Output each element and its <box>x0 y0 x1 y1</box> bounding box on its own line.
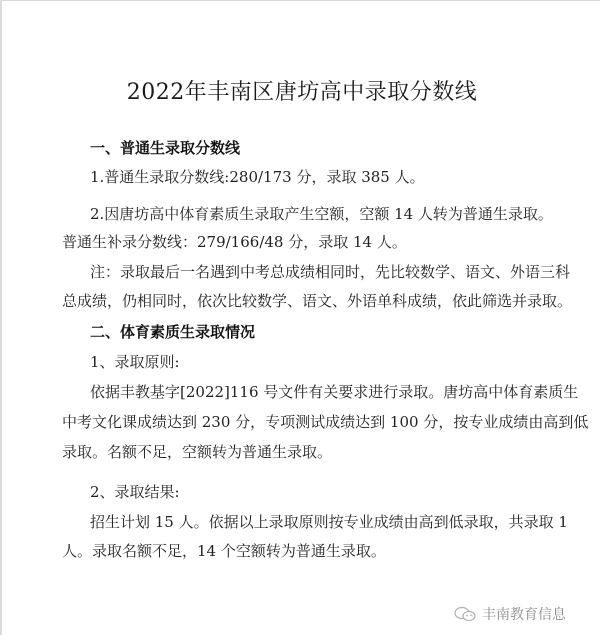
document-page: 2022年丰南区唐坊高中录取分数线 一、普通生录取分数线 1.普通生录取分数线:… <box>0 0 600 635</box>
supplementary-cutoff-line: 普通生补录分数线：279/166/48 分，录取 14 人。 <box>62 232 562 252</box>
watermark-label: 丰南教育信息 <box>482 604 566 624</box>
principle-line1: 依据丰教基字[2022]116 号文件有关要求进行录取。唐坊高中体育素质生 <box>90 382 590 402</box>
document-title: 2022年丰南区唐坊高中录取分数线 <box>2 75 600 106</box>
source-watermark: 丰南教育信息 <box>454 604 566 624</box>
principle-line3: 录取。名额不足，空额转为普通生录取。 <box>62 442 562 462</box>
section-heading-sports-students: 二、体育素质生录取情况 <box>90 322 590 342</box>
result-line1: 招生计划 15 人。依据以上录取原则按专业成绩由高到低录取，共录取 1 <box>90 512 590 532</box>
wechat-icon <box>454 606 476 622</box>
regular-cutoff-line: 1.普通生录取分数线:280/173 分，录取 385 人。 <box>90 167 590 187</box>
admission-result-label: 2、录取结果: <box>90 482 590 502</box>
result-line2: 人。录取名额不足，14 个空额转为普通生录取。 <box>62 541 562 561</box>
tie-break-note-line1: 注：录取最后一名遇到中考总成绩相同时，先比较数学、语文、外语三科 <box>90 262 590 282</box>
principle-line2: 中考文化课成绩达到 230 分，专项测试成绩达到 100 分，按专业成绩由高到低 <box>62 412 562 432</box>
tie-break-note-line2: 总成绩，仍相同时，依次比较数学、语文、外语单科成绩，依此筛选并录取。 <box>62 291 562 311</box>
section-heading-regular-students: 一、普通生录取分数线 <box>90 138 590 158</box>
admission-principle-label: 1、录取原则: <box>90 352 590 372</box>
vacancy-transfer-line: 2.因唐坊高中体育素质生录取产生空额，空额 14 人转为普通生录取。 <box>90 204 590 224</box>
